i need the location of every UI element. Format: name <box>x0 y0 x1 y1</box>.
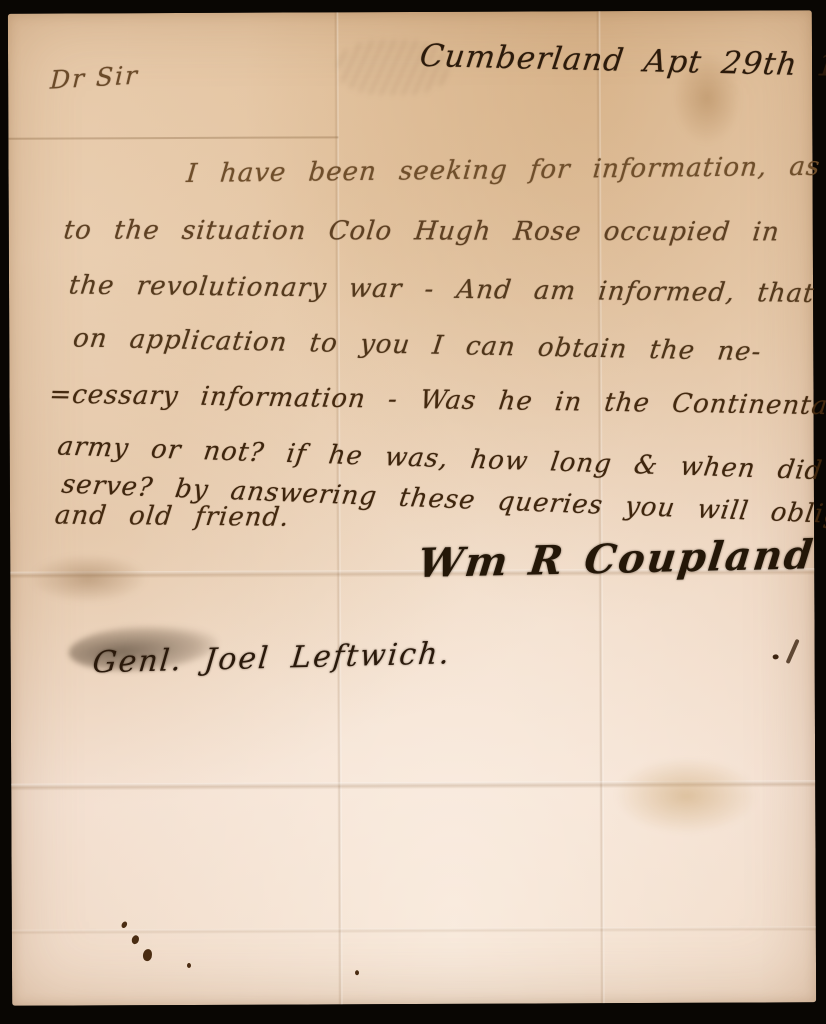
ink-speck <box>131 934 141 945</box>
letter-body: I have been seeking for information, as … <box>8 10 812 14</box>
ink-speck <box>187 963 191 968</box>
ink-mark-right <box>773 654 779 659</box>
stain-center-right <box>611 755 761 836</box>
manuscript-line: the revolutionary war - And am informed,… <box>67 271 816 309</box>
ink-mark-right <box>786 639 800 664</box>
ink-speck <box>355 970 359 975</box>
scan-background: { "document": { "kind": "handwritten-let… <box>0 0 826 1024</box>
manuscript-line: and old friend. <box>53 501 291 533</box>
manuscript-line: I have been seeking for information, as <box>185 152 822 189</box>
ink-speck <box>120 920 128 929</box>
fold-line-horizontal-bottom <box>12 926 816 935</box>
faint-crease-line <box>8 136 338 139</box>
ink-speck <box>143 949 152 961</box>
salutation: Dr Sir <box>49 60 139 94</box>
dateline: Cumberland Apt 29th 1834 <box>418 38 826 85</box>
stain-left-edge <box>28 553 148 604</box>
manuscript-line: on application to you I can obtain the n… <box>71 324 763 368</box>
manuscript-line: =cessary information - Was he in the Con… <box>48 380 826 422</box>
letter-paper: Cumberland Apt 29th 1834 Dr Sir I have b… <box>8 10 816 1005</box>
manuscript-line: to the situation Colo Hugh Rose occupied… <box>62 216 781 248</box>
signature: Wm R Coupland <box>415 531 817 587</box>
